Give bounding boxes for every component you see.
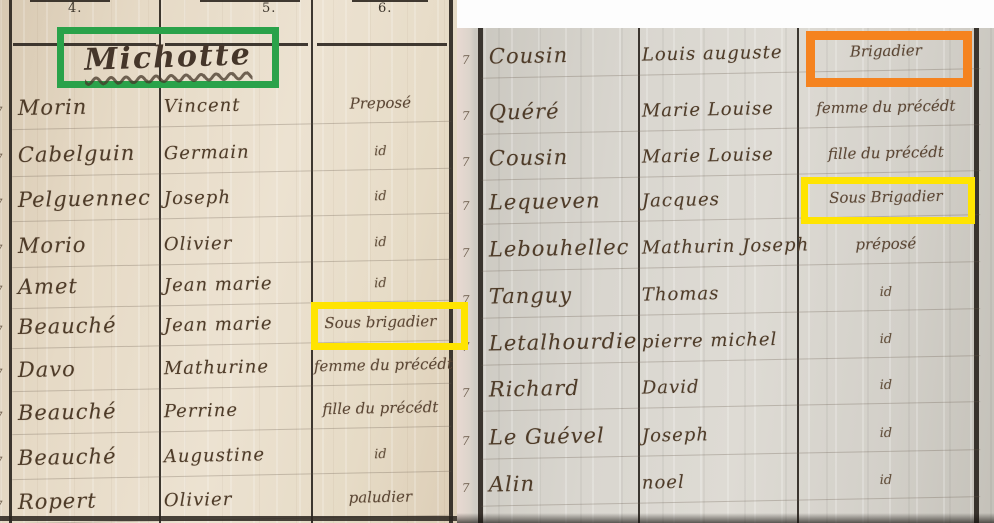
background-gap (457, 0, 994, 28)
surname-text: Richard (489, 375, 635, 402)
register-row: 7MorinVincentPreposé (0, 88, 457, 137)
row-number-mark: 7 (0, 498, 4, 512)
register-row: 7CabelguinGermainid (0, 135, 457, 184)
surname-text: Cousin (489, 42, 635, 69)
role-text: préposé (802, 233, 970, 254)
role-text: femme du précédt (314, 355, 447, 376)
given-name-text: Mathurine (164, 355, 308, 379)
register-row: 7DavoMathurinefemme du précédt (0, 350, 457, 399)
row-number-mark: 7 (0, 323, 4, 337)
surname-text: Morio (18, 231, 158, 258)
register-row: 7BeauchéPerrinefille du précédt (0, 393, 457, 442)
given-name-text: Germain (164, 140, 308, 164)
role-text: Preposé (314, 93, 447, 114)
given-name-text: Jacques (642, 188, 794, 212)
role-text: id (314, 275, 447, 293)
register-row: 7Letalhourdiepierre michelid (457, 322, 994, 372)
row-number-mark: 7 (0, 104, 4, 118)
surname-text: Pelguennec (18, 185, 158, 212)
photo-edge-shadow (457, 513, 994, 523)
surname-text: Tanguy (489, 282, 635, 309)
row-number-mark: 7 (0, 242, 4, 256)
surname-text: Quéré (489, 98, 635, 125)
green-annotation-box: Michotte (57, 27, 279, 88)
row-number-mark: 7 (462, 109, 474, 123)
row-number-mark: 7 (0, 283, 4, 297)
row-number-mark: 7 (462, 434, 474, 448)
row-number-mark: 7 (462, 199, 474, 213)
orange-annotation-box (806, 31, 972, 87)
row-number-mark: 7 (462, 53, 474, 67)
row-number-mark: 7 (462, 481, 474, 495)
row-number-mark: 7 (0, 409, 4, 423)
role-text: paludier (314, 487, 447, 508)
row-number-mark: 7 (0, 151, 4, 165)
row-number-mark: 7 (0, 454, 4, 468)
section-title: Michotte (63, 36, 272, 78)
surname-text: Beauché (18, 398, 158, 425)
row-number-mark: 7 (462, 155, 474, 169)
role-text: id (802, 283, 970, 301)
given-name-text: Mathurin Joseph (642, 235, 794, 259)
given-name-text: Perrine (164, 398, 308, 422)
role-text: id (802, 471, 970, 489)
yellow-annotation-box-left (311, 302, 468, 350)
surname-text: Alin (489, 470, 635, 497)
row-number-mark: 7 (462, 246, 474, 260)
given-name-text: Jean marie (164, 272, 308, 296)
role-text: fille du précédt (314, 398, 447, 419)
register-row: 7RichardDavidid (457, 368, 994, 418)
given-name-text: Augustine (164, 443, 308, 467)
register-scan: 4. 5. 6. 7MorinVincentPreposé7CabelguinG… (0, 0, 994, 523)
given-name-text: Louis auguste (642, 42, 794, 66)
given-name-text: Thomas (642, 282, 794, 306)
surname-text: Lebouhellec (489, 235, 635, 262)
given-name-text: Vincent (164, 93, 308, 117)
given-name-text: Marie Louise (642, 98, 794, 122)
surname-text: Cabelguin (18, 140, 158, 167)
right-register-rows: 7CousinLouis augusteBrigadier7QuéréMarie… (457, 28, 994, 523)
register-row: 7TanguyThomasid (457, 275, 994, 325)
given-name-text: Joseph (164, 185, 308, 209)
given-name-text: Olivier (164, 231, 308, 255)
row-number-mark: 7 (0, 366, 4, 380)
right-page-photo: 7CousinLouis augusteBrigadier7QuéréMarie… (457, 28, 994, 523)
given-name-text: pierre michel (642, 329, 794, 353)
role-text: id (802, 424, 970, 442)
table-bottom-rule (0, 516, 457, 521)
role-text: id (802, 376, 970, 394)
row-number-mark: 7 (462, 386, 474, 400)
given-name-text: noel (642, 470, 794, 494)
row-number-mark: 7 (0, 196, 4, 210)
surname-text: Amet (18, 272, 158, 299)
surname-text: Letalhourdie (489, 329, 635, 356)
given-name-text: Marie Louise (642, 144, 794, 168)
given-name-text: Joseph (642, 423, 794, 447)
surname-text: Beauché (18, 312, 158, 339)
role-text: femme du précédt (802, 96, 970, 117)
surname-text: Ropert (18, 487, 158, 514)
role-text: id (802, 330, 970, 348)
surname-text: Lequeven (489, 188, 635, 215)
role-text: id (314, 446, 447, 464)
given-name-text: Jean marie (164, 312, 308, 336)
surname-text: Morin (18, 93, 158, 120)
register-row: 7LebouhellecMathurin Josephpréposé (457, 228, 994, 278)
surname-text: Davo (18, 355, 158, 382)
given-name-text: Olivier (164, 487, 308, 511)
role-text: id (314, 234, 447, 252)
yellow-annotation-box-right (801, 177, 975, 224)
register-row: 7Alinnoelid (457, 463, 994, 513)
surname-text: Beauché (18, 443, 158, 470)
register-row: 7BeauchéAugustineid (0, 438, 457, 487)
role-text: id (314, 188, 447, 206)
surname-text: Le Guével (489, 423, 635, 450)
role-text: id (314, 143, 447, 161)
role-text: fille du précédt (802, 142, 970, 163)
register-row: 7QuéréMarie Louisefemme du précédt (457, 91, 994, 141)
surname-text: Cousin (489, 144, 635, 171)
given-name-text: David (642, 375, 794, 399)
register-row: 7PelguennecJosephid (0, 180, 457, 229)
register-row: 7Le GuévelJosephid (457, 416, 994, 466)
